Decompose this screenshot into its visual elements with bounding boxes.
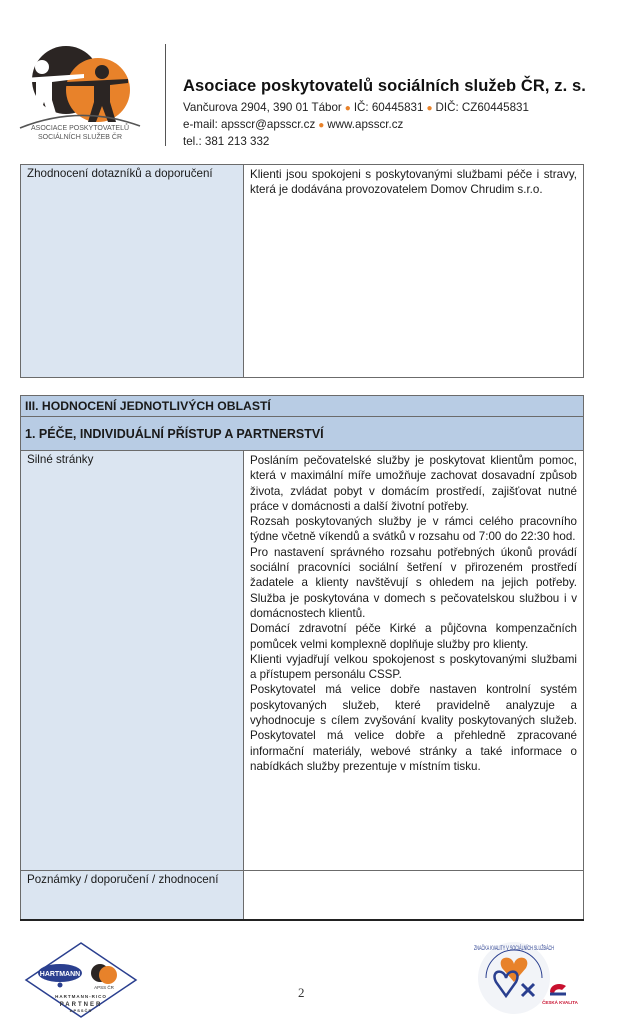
svg-text:ZNAČKA KVALITY V SOCIÁLNÍCH SL: ZNAČKA KVALITY V SOCIÁLNÍCH SLUŽBÁCH (474, 944, 554, 952)
evaluation-table: Zhodnocení dotazníků a doporučení Klient… (20, 164, 584, 378)
strengths-text: Posláním pečovatelské služby je poskytov… (244, 451, 584, 871)
address: Vančurova 2904, 390 01 Tábor (183, 101, 342, 114)
paragraph: Rozsah poskytovaných služby je v rámci c… (250, 514, 577, 545)
svg-text:HARTMANN: HARTMANN (40, 971, 80, 978)
header-divider (165, 44, 166, 146)
row-label: Zhodnocení dotazníků a doporučení (21, 165, 244, 378)
notes-value (244, 871, 584, 921)
table-row: Silné stránky Posláním pečovatelské služ… (21, 451, 584, 871)
web-link[interactable]: www.apsscr.cz (327, 118, 403, 131)
bullet-icon: ● (426, 103, 432, 114)
logo-caption-line2: SOCIÁLNÍCH SLUŽEB ČR (16, 133, 144, 142)
ic: IČ: 60445831 (354, 101, 424, 114)
svg-text:ČESKÁ KVALITA: ČESKÁ KVALITA (542, 999, 579, 1005)
section-table: III. HODNOCENÍ JEDNOTLIVÝCH OBLASTÍ 1. P… (20, 395, 584, 921)
section-subtitle: 1. PÉČE, INDIVIDUÁLNÍ PŘÍSTUP A PARTNERS… (21, 417, 584, 451)
paragraph: Pro nastavení správného rozsahu potřebný… (250, 545, 577, 621)
table-row: Poznámky / doporučení / zhodnocení (21, 871, 584, 921)
apss-logo: ASOCIACE POSKYTOVATELŮ SOCIÁLNÍCH SLUŽEB… (16, 40, 144, 140)
phone: tel.: 381 213 332 (183, 134, 586, 150)
header-contact: Asociace poskytovatelů sociálních služeb… (183, 77, 586, 150)
table-row: Zhodnocení dotazníků a doporučení Klient… (21, 165, 584, 378)
paragraph: Poskytovatel má velice dobře nastaven ko… (250, 682, 577, 774)
page-number: 2 (298, 985, 305, 1001)
section-subtitle-row: 1. PÉČE, INDIVIDUÁLNÍ PŘÍSTUP A PARTNERS… (21, 417, 584, 451)
row-label: Poznámky / doporučení / zhodnocení (21, 871, 244, 921)
dic: DIČ: CZ60445831 (436, 101, 529, 114)
paragraph: Domácí zdravotní péče Kirké a půjčovna k… (250, 621, 577, 652)
quality-mark-logo: ZNAČKA KVALITY V SOCIÁLNÍCH SLUŽBÁCH ČES… (466, 938, 596, 1020)
org-name: Asociace poskytovatelů sociálních služeb… (183, 77, 586, 96)
row-label: Silné stránky (21, 451, 244, 871)
section-title-row: III. HODNOCENÍ JEDNOTLIVÝCH OBLASTÍ (21, 396, 584, 417)
bullet-icon: ● (345, 103, 351, 114)
bullet-icon: ● (318, 120, 324, 131)
logo-caption-line1: ASOCIACE POSKYTOVATELŮ (16, 124, 144, 133)
hartmann-partner-logo: HARTMANN APSS ČR HARTMANN-RICO PARTNER A… (24, 941, 138, 1019)
svg-text:APSS ČR: APSS ČR (94, 984, 115, 990)
svg-text:HARTMANN-RICO: HARTMANN-RICO (55, 994, 107, 999)
row-value: Klienti jsou spokojeni s poskytovanými s… (244, 165, 584, 378)
section-title: III. HODNOCENÍ JEDNOTLIVÝCH OBLASTÍ (21, 396, 584, 417)
email-link[interactable]: e-mail: apsscr@apsscr.cz (183, 118, 315, 131)
paragraph: Klienti vyjadřují velkou spokojenost s p… (250, 652, 577, 683)
paragraph: Posláním pečovatelské služby je poskytov… (250, 453, 577, 514)
svg-text:APSSČR: APSSČR (70, 1008, 93, 1013)
